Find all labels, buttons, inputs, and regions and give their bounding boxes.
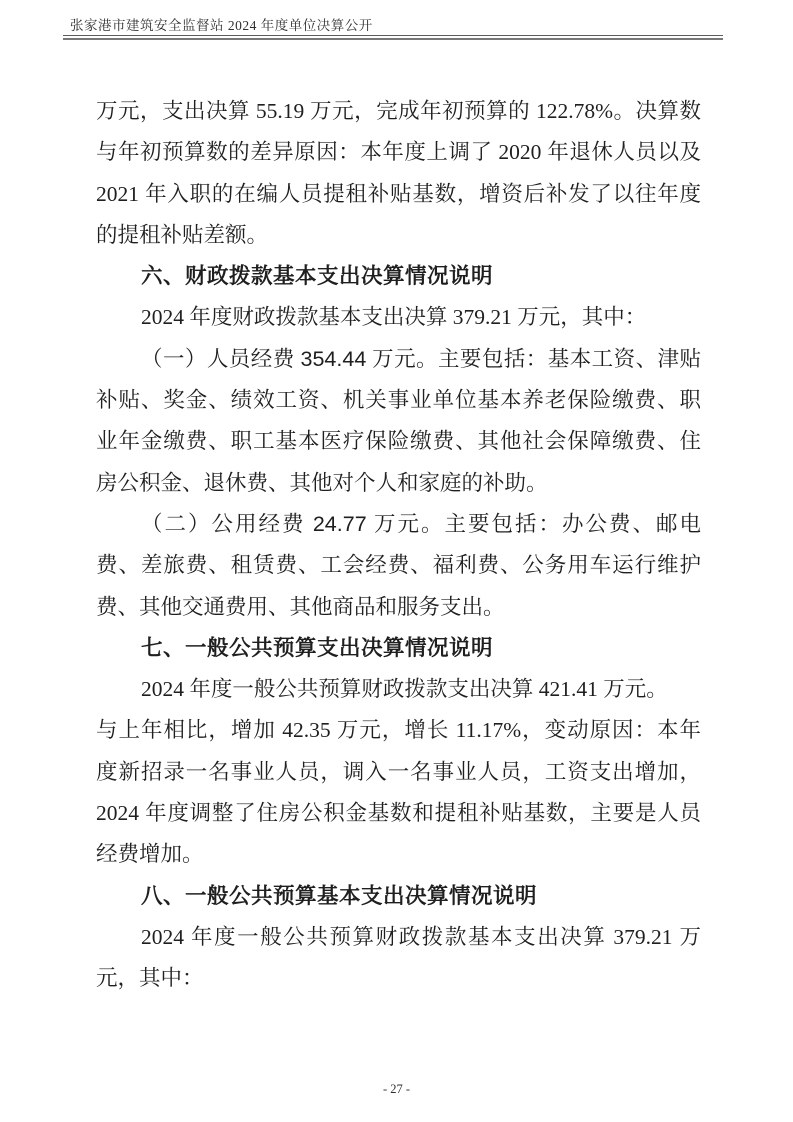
line-text: 万元。主要包括：基本工资、津贴: [366, 347, 701, 371]
body-line: 与上年相比，增加 42.35 万元，增长 11.17%，变动原因：本年: [96, 710, 701, 751]
page-number: - 27 -: [0, 1082, 793, 1097]
line-text: 万元。主要包括：办公费、邮电: [367, 512, 701, 536]
body-line: 2021 年入职的在编人员提租补贴基数，增资后补发了以往年度: [96, 174, 701, 215]
page-header-title: 张家港市建筑安全监督站 2024 年度单位决算公开: [70, 14, 373, 34]
body-line: 房公积金、退休费、其他对个人和家庭的补助。: [96, 463, 701, 504]
section-heading-8: 八、一般公共预算基本支出决算情况说明: [96, 876, 701, 917]
body-line: 的提租补贴差额。: [96, 215, 701, 256]
body-line: 费、其他交通费用、其他商品和服务支出。: [96, 587, 701, 628]
section-heading-7: 七、一般公共预算支出决算情况说明: [96, 628, 701, 669]
line-text: （二）公用经费: [141, 512, 313, 536]
document-page: 张家港市建筑安全监督站 2024 年度单位决算公开 万元，支出决算 55.19 …: [0, 0, 793, 1122]
body-line: 2024 年度调整了住房公积金基数和提租补贴基数，主要是人员: [96, 793, 701, 834]
body-line: 2024 年度一般公共预算财政拨款支出决算 421.41 万元。: [96, 669, 701, 710]
body-line: （二）公用经费 24.77 万元。主要包括：办公费、邮电: [96, 504, 701, 545]
header-divider-thin: [63, 35, 723, 36]
body-line: 与年初预算数的差异原因：本年度上调了 2020 年退休人员以及: [96, 132, 701, 173]
amount-value: 24.77: [313, 512, 367, 536]
body-line: （一）人员经费 354.44 万元。主要包括：基本工资、津贴: [96, 339, 701, 380]
body-line: 度新招录一名事业人员，调入一名事业人员，工资支出增加，: [96, 752, 701, 793]
body-line: 费、差旅费、租赁费、工会经费、福利费、公务用车运行维护: [96, 545, 701, 586]
amount-value: 354.44: [301, 347, 367, 371]
body-line: 经费增加。: [96, 834, 701, 875]
body-line: 2024 年度一般公共预算财政拨款基本支出决算 379.21 万: [96, 917, 701, 958]
document-body: 万元，支出决算 55.19 万元，完成年初预算的 122.78%。决算数 与年初…: [96, 91, 701, 1000]
header-divider-thick: [63, 38, 723, 40]
body-line: 元，其中：: [96, 958, 701, 999]
body-line: 业年金缴费、职工基本医疗保险缴费、其他社会保障缴费、住: [96, 421, 701, 462]
body-line: 2024 年度财政拨款基本支出决算 379.21 万元，其中：: [96, 297, 701, 338]
line-text: （一）人员经费: [141, 347, 301, 371]
body-line: 万元，支出决算 55.19 万元，完成年初预算的 122.78%。决算数: [96, 91, 701, 132]
section-heading-6: 六、财政拨款基本支出决算情况说明: [96, 256, 701, 297]
body-line: 补贴、奖金、绩效工资、机关事业单位基本养老保险缴费、职: [96, 380, 701, 421]
